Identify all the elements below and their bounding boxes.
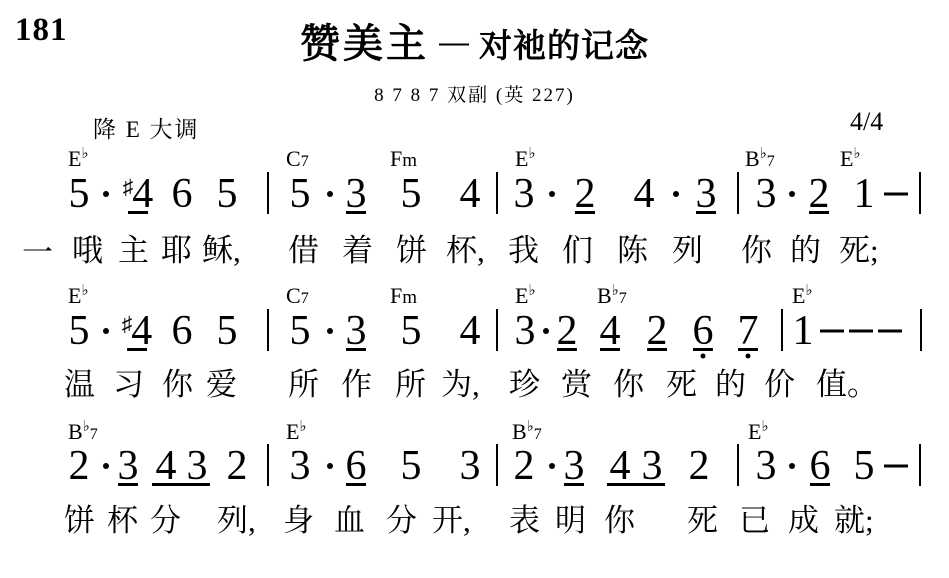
eighth-underline: [152, 483, 210, 486]
barline: [781, 309, 783, 351]
sustain-dash: [878, 330, 902, 333]
lyric-char: 表: [509, 505, 540, 536]
lyric-char: 陈: [617, 235, 648, 266]
lyric-char: 习: [113, 369, 144, 400]
lyric-char: 所: [395, 369, 426, 400]
lyric-char: 耶: [161, 235, 192, 266]
eighth-underline: [128, 211, 148, 214]
note: 3: [756, 173, 777, 215]
note: 2: [575, 173, 596, 215]
chord-root: E: [68, 283, 81, 308]
duration-dot: [549, 191, 555, 197]
barline: [919, 172, 921, 214]
chord-root: E: [840, 146, 853, 171]
chord-label: E♭: [792, 285, 813, 307]
note: 5: [69, 310, 90, 352]
chord-extension: 7: [301, 290, 309, 307]
note: 5: [854, 445, 875, 487]
lyric-char: 明: [555, 505, 586, 536]
lyric-char: 列: [672, 235, 703, 266]
flat-icon: ♭: [528, 283, 535, 299]
duration-dot: [543, 328, 549, 334]
eighth-underline: [738, 348, 758, 351]
chord-extension: 7: [767, 153, 775, 170]
duration-dot: [327, 463, 333, 469]
flat-icon: ♭: [760, 146, 767, 162]
note: 4: [610, 445, 631, 487]
note: 3: [118, 445, 139, 487]
note: 3: [696, 173, 717, 215]
flat-icon: ♭: [528, 146, 535, 162]
chord-label: B♭7: [745, 148, 775, 170]
flat-icon: ♭: [805, 283, 812, 299]
sustain-dash: [884, 193, 908, 196]
note: 5: [401, 173, 422, 215]
chord-label: Fm: [390, 148, 417, 170]
barline: [496, 172, 498, 214]
duration-dot: [673, 191, 679, 197]
note: 3: [346, 173, 367, 215]
note: 4: [460, 173, 481, 215]
lyric-char: 作: [341, 369, 372, 400]
flat-icon: ♭: [81, 146, 88, 162]
chord-extension: 7: [534, 426, 542, 443]
chord-label: B♭7: [512, 421, 542, 443]
note: 2: [514, 445, 535, 487]
lyric-char: 死;: [839, 235, 879, 266]
low-octave-dot: [701, 354, 706, 359]
duration-dot: [549, 463, 555, 469]
barline: [496, 444, 498, 486]
lyric-char: 哦: [72, 235, 103, 266]
chord-root: B: [512, 419, 527, 444]
lyric-char: 死: [687, 505, 718, 536]
lyric-char: 身: [283, 505, 314, 536]
eighth-underline: [607, 483, 665, 486]
eighth-underline: [564, 483, 584, 486]
lyric-char: 珍: [509, 369, 540, 400]
lyric-char: 分: [150, 505, 181, 536]
note: 4: [460, 310, 481, 352]
chord-root: C: [286, 146, 301, 171]
lyric-char: 已: [739, 505, 770, 536]
note: 2: [557, 310, 578, 352]
barline: [267, 444, 269, 486]
duration-dot: [103, 191, 109, 197]
note: 3: [460, 445, 481, 487]
chord-root: F: [390, 283, 402, 308]
eighth-underline: [346, 348, 366, 351]
barline: [267, 172, 269, 214]
key-signature: 降 E 大调: [93, 111, 200, 144]
note: 5: [290, 310, 311, 352]
duration-dot: [789, 191, 795, 197]
note: 5: [401, 445, 422, 487]
lyric-char: 杯: [107, 505, 138, 536]
lyric-char: 着: [342, 235, 373, 266]
note: 7: [738, 310, 759, 352]
flat-icon: ♭: [612, 283, 619, 299]
note: 4: [634, 173, 655, 215]
chord-label: E♭: [68, 285, 89, 307]
note: 6: [346, 445, 367, 487]
low-octave-dot: [746, 354, 751, 359]
lyric-char: 你: [162, 369, 193, 400]
note: 5: [290, 173, 311, 215]
sustain-dash: [884, 465, 908, 468]
chord-label: B♭7: [68, 421, 98, 443]
eighth-underline: [696, 211, 716, 214]
chord-root: B: [597, 283, 612, 308]
lyric-char: 稣,: [202, 235, 241, 266]
eighth-underline: [810, 483, 830, 486]
lyric-char: 你: [604, 505, 635, 536]
note: 2: [227, 445, 248, 487]
chord-root: E: [286, 419, 299, 444]
note: 1: [793, 310, 814, 352]
lyric-char: 我: [508, 235, 539, 266]
note: 3: [515, 310, 536, 352]
note: 3: [346, 310, 367, 352]
chord-root: E: [68, 146, 81, 171]
chord-root: E: [515, 146, 528, 171]
chord-extension: 7: [90, 426, 98, 443]
meter-info: 8 7 8 7 双副 (英 227): [0, 80, 949, 107]
lyric-char: 你: [613, 369, 644, 400]
lyric-char: 就;: [834, 505, 874, 536]
chord-label: E♭: [748, 421, 769, 443]
lyric-char: 主: [118, 235, 149, 266]
chord-label: E♭: [840, 148, 861, 170]
chord-root: E: [515, 283, 528, 308]
note: 5: [401, 310, 422, 352]
lyric-char: 借: [288, 235, 319, 266]
lyric-char: 死: [666, 369, 697, 400]
chord-label: C7: [286, 285, 309, 307]
verse-number: 一: [22, 237, 53, 268]
sustain-dash: [849, 330, 873, 333]
lyric-char: 们: [562, 235, 593, 266]
title-subtitle: 对祂的记念: [479, 27, 649, 64]
chord-label: E♭: [68, 148, 89, 170]
lyric-char: 分: [386, 505, 417, 536]
note: 2: [689, 445, 710, 487]
lyric-char: 的: [790, 235, 821, 266]
sharp-icon: ♯: [122, 312, 133, 336]
note: 4: [600, 310, 621, 352]
note: 2: [647, 310, 668, 352]
barline: [920, 309, 922, 351]
lyric-char: 爱: [206, 369, 237, 400]
note: 1: [854, 173, 875, 215]
flat-icon: ♭: [299, 419, 306, 435]
note: ♯4: [123, 173, 154, 215]
flat-icon: ♭: [527, 419, 534, 435]
eighth-underline: [346, 211, 366, 214]
chord-extension: 7: [301, 153, 309, 170]
note: 6: [172, 310, 193, 352]
flat-icon: ♭: [853, 146, 860, 162]
note: 5: [69, 173, 90, 215]
title-main: 赞美主: [300, 22, 429, 66]
note: 3: [514, 173, 535, 215]
note: 3: [642, 445, 663, 487]
chord-root: B: [745, 146, 760, 171]
sharp-icon: ♯: [123, 175, 134, 199]
note: 5: [217, 310, 238, 352]
chord-root: B: [68, 419, 83, 444]
lyric-char: 为,: [441, 369, 480, 400]
eighth-underline: [647, 348, 667, 351]
eighth-underline: [809, 211, 829, 214]
lyric-char: 的: [715, 369, 746, 400]
lyric-char: 杯,: [446, 235, 485, 266]
flat-icon: ♭: [761, 419, 768, 435]
lyric-char: 价: [764, 369, 795, 400]
time-signature: 4/4: [850, 107, 883, 137]
lyric-char: 饼: [396, 235, 427, 266]
barline: [267, 309, 269, 351]
flat-icon: ♭: [83, 419, 90, 435]
lyric-char: 你: [741, 235, 772, 266]
note: 4: [156, 445, 177, 487]
note: 3: [187, 445, 208, 487]
eighth-underline: [346, 483, 366, 486]
note: 6: [693, 310, 714, 352]
note: 3: [564, 445, 585, 487]
chord-label: E♭: [515, 148, 536, 170]
lyric-char: 列,: [217, 505, 256, 536]
sustain-dash: [820, 330, 844, 333]
duration-dot: [327, 191, 333, 197]
chord-label: E♭: [515, 285, 536, 307]
chord-label: E♭: [286, 421, 307, 443]
note: 3: [290, 445, 311, 487]
hymn-page: 181 赞美主—对祂的记念 8 7 8 7 双副 (英 227) 降 E 大调 …: [0, 0, 949, 578]
duration-dot: [103, 463, 109, 469]
hymn-title: 赞美主—对祂的记念: [0, 12, 949, 69]
flat-icon: ♭: [81, 283, 88, 299]
chord-root: E: [748, 419, 761, 444]
chord-extension: 7: [619, 290, 627, 307]
title-dash-icon: —: [439, 26, 469, 59]
duration-dot: [103, 328, 109, 334]
lyric-char: 血: [334, 505, 365, 536]
note: 2: [69, 445, 90, 487]
lyric-char: 开,: [432, 505, 471, 536]
lyric-char: 温: [64, 369, 95, 400]
note: 2: [809, 173, 830, 215]
note: 6: [172, 173, 193, 215]
eighth-underline: [600, 348, 620, 351]
chord-extension: m: [402, 287, 417, 308]
lyric-char: 值。: [816, 369, 878, 400]
barline: [496, 309, 498, 351]
barline: [737, 444, 739, 486]
lyric-char: 所: [288, 369, 319, 400]
note: 3: [756, 445, 777, 487]
chord-root: C: [286, 283, 301, 308]
chord-label: C7: [286, 148, 309, 170]
chord-root: E: [792, 283, 805, 308]
note: 6: [810, 445, 831, 487]
eighth-underline: [693, 348, 713, 351]
barline: [919, 444, 921, 486]
chord-extension: m: [402, 150, 417, 171]
note: ♯4: [122, 310, 153, 352]
barline: [737, 172, 739, 214]
eighth-underline: [118, 483, 138, 486]
lyric-char: 成: [788, 505, 819, 536]
duration-dot: [789, 463, 795, 469]
lyric-char: 赏: [561, 369, 592, 400]
chord-root: F: [390, 146, 402, 171]
chord-label: Fm: [390, 285, 417, 307]
duration-dot: [327, 328, 333, 334]
eighth-underline: [557, 348, 577, 351]
eighth-underline: [575, 211, 595, 214]
eighth-underline: [127, 348, 147, 351]
note: 5: [217, 173, 238, 215]
chord-label: B♭7: [597, 285, 627, 307]
lyric-char: 饼: [64, 505, 95, 536]
